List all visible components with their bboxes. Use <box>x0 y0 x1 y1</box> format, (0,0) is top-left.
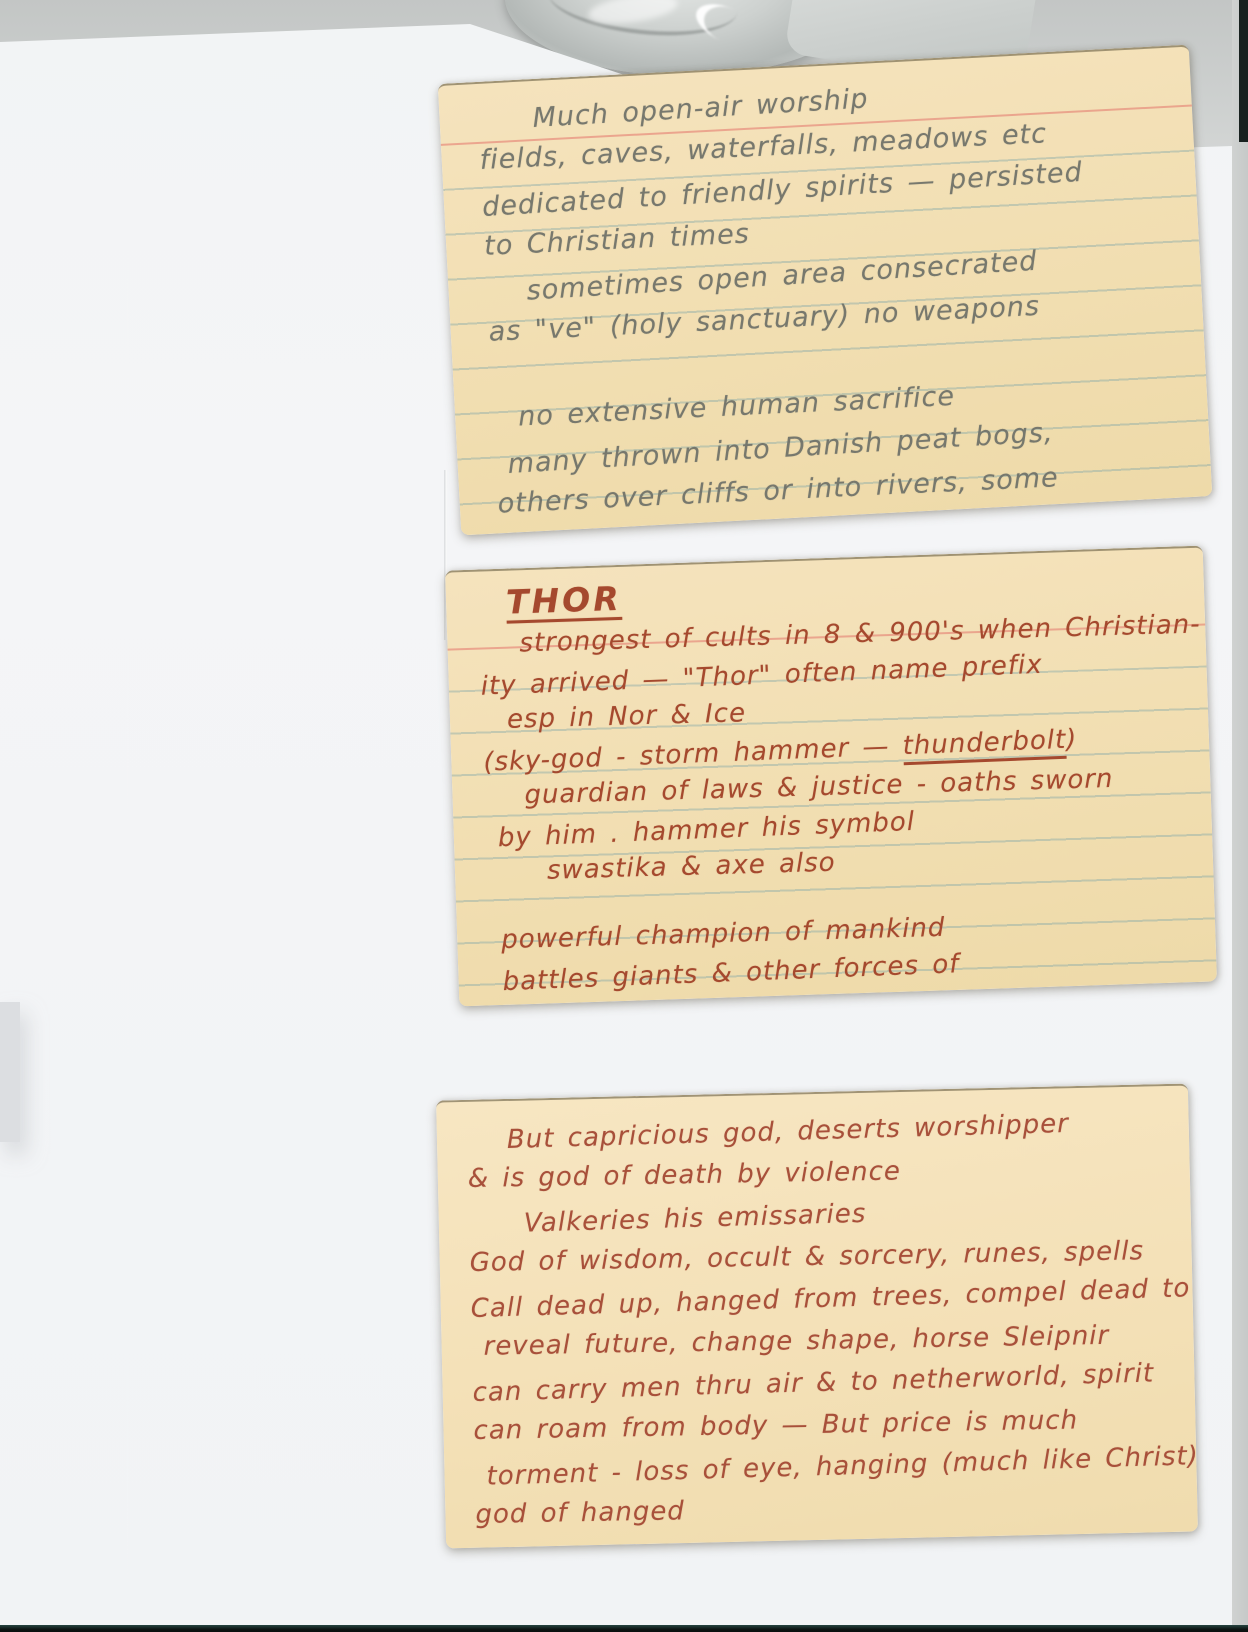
index-card-2: THOR strongest of cults in 8 & 900's whe… <box>445 546 1217 1007</box>
handwriting-block: Much open-air worship fields, caves, wat… <box>476 61 1200 527</box>
scanner-edge-top-right <box>1239 0 1248 142</box>
scanned-page: { "page": { "description": "Scanned page… <box>0 0 1248 1632</box>
underlying-paper-edge <box>0 1002 20 1142</box>
handwriting-block: THOR strongest of cults in 8 & 900's whe… <box>477 560 1208 1000</box>
index-card-3: But capricious god, deserts worshipper &… <box>436 1084 1198 1549</box>
handwriting-block: But capricious god, deserts worshipper &… <box>466 1102 1189 1538</box>
scanner-edge-bottom <box>0 1625 1248 1632</box>
underlined-word: thunderbolt <box>902 725 1067 765</box>
scanner-margin-right <box>1232 0 1248 1632</box>
index-card-1: Much open-air worship fields, caves, wat… <box>438 45 1213 536</box>
